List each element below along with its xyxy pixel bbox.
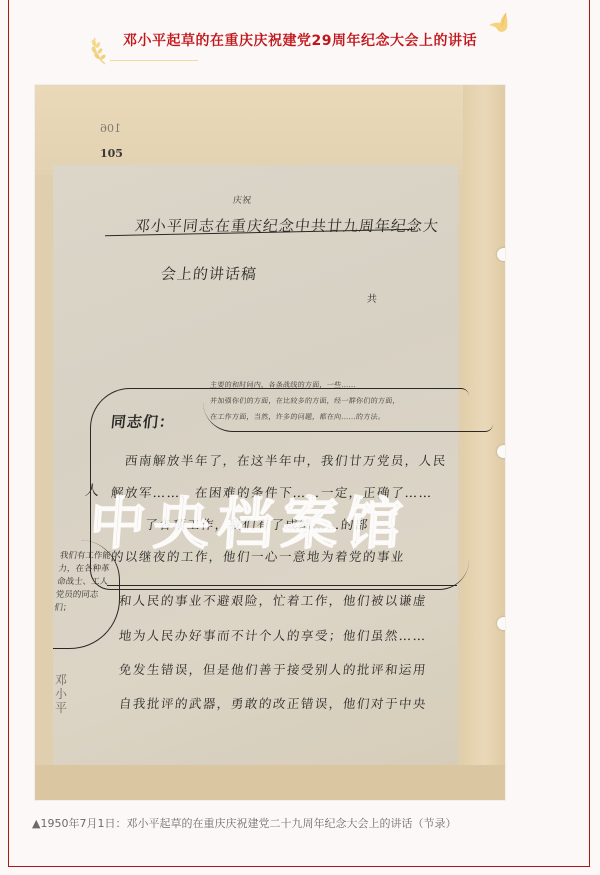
manuscript-heading-line2: 会上的讲话稿 bbox=[160, 263, 258, 284]
punch-hole-icon bbox=[497, 617, 505, 630]
manuscript-photo: 106 105 庆祝 邓小平同志在重庆纪念中共廿九周年纪念大 会上的讲话稿 共 … bbox=[35, 85, 505, 800]
archive-watermark: 中央档案馆 bbox=[87, 480, 413, 560]
title-underline bbox=[110, 60, 198, 61]
signature: 邓小平 bbox=[55, 673, 71, 715]
punch-hole-icon bbox=[497, 445, 505, 458]
body-line: 自我批评的武器，勇敢的改正错误，他们对于中央 bbox=[118, 694, 428, 712]
body-line: 和人民的事业不避艰险，忙着工作，他们被以谦虚 bbox=[118, 591, 428, 609]
heading-insert: 庆祝 bbox=[232, 193, 252, 206]
binding-strip bbox=[463, 85, 505, 800]
header: 邓小平起草的在重庆庆祝建党29周年纪念大会上的讲话 bbox=[0, 30, 600, 50]
page-number: 105 bbox=[100, 147, 123, 160]
salutation: 同志们： bbox=[110, 411, 176, 432]
line-rule bbox=[107, 585, 457, 586]
body-line: 免发生错误，但是他们善于接受别人的批评和运用 bbox=[118, 660, 428, 678]
punch-hole-icon bbox=[497, 248, 505, 261]
paper-bottom-margin bbox=[35, 765, 505, 800]
body-line: 地为人民办好事而不计个人的享受；他们虽然…… bbox=[118, 626, 428, 644]
image-caption: ▲1950年7月1日：邓小平起草的在重庆庆祝建党二十九周年纪念大会上的讲话（节录… bbox=[32, 815, 456, 831]
mark-gong: 共 bbox=[366, 290, 379, 305]
page-title: 邓小平起草的在重庆庆祝建党29周年纪念大会上的讲话 bbox=[123, 30, 477, 50]
manuscript-heading-line1: 邓小平同志在重庆纪念中共廿九周年纪念大 bbox=[134, 215, 440, 236]
page-number-mirrored: 106 bbox=[100, 122, 121, 135]
body-line: 西南解放半年了，在这半年中，我们廿万党员，人民 bbox=[124, 451, 448, 469]
